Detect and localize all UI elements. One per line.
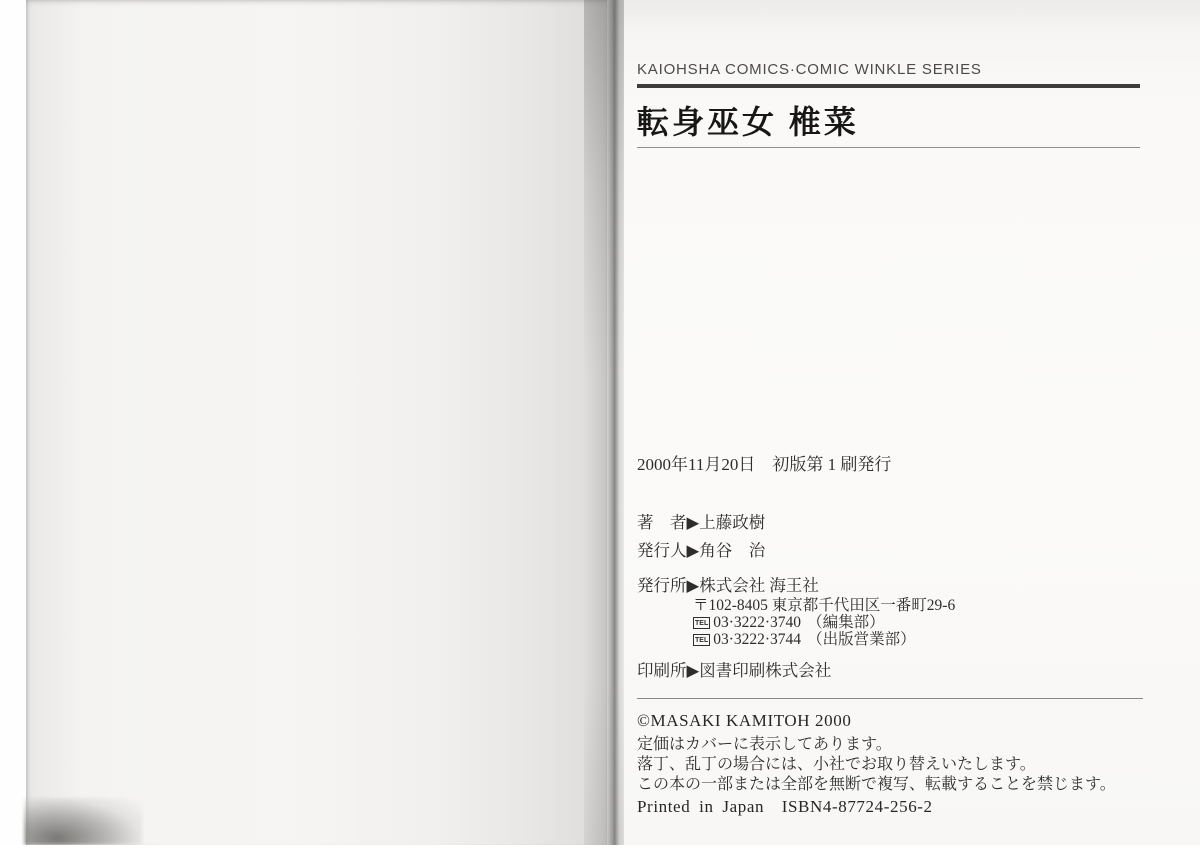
scan-left-margin (0, 0, 26, 852)
colophon-page: KAIOHSHA COMICS·COMIC WINKLE SERIES 転身巫女… (624, 0, 1200, 846)
copyright-line: ©MASAKI KAMITOH 2000 (637, 711, 851, 731)
printer-line: 印刷所▶図書印刷株式会社 (637, 657, 831, 681)
phone-dept-sales: （出版営業部） (807, 631, 916, 648)
blank-left-page (26, 0, 607, 846)
phone-number-sales: 03·3222·3744 (713, 631, 801, 648)
series-name: KAIOHSHA COMICS·COMIC WINKLE SERIES (637, 61, 982, 78)
copy-prohibition-notice: この本の一部または全部を無断で複写、転載することを禁じます。 (637, 771, 1116, 794)
edition-date-line: 2000年11月20日 初版第 1 刷発行 (637, 450, 891, 475)
book-title: 転身巫女 椎菜 (637, 97, 859, 143)
scan-bottom-margin (0, 845, 1200, 852)
publisher-person-line: 発行人▶角谷 治 (637, 537, 765, 561)
footer-divider (637, 698, 1143, 699)
series-underline (637, 84, 1140, 88)
scanned-book-spread: KAIOHSHA COMICS·COMIC WINKLE SERIES 転身巫女… (0, 0, 1200, 852)
author-line: 著 者▶上藤政樹 (637, 509, 765, 533)
title-underline (637, 147, 1140, 148)
colophon-content: KAIOHSHA COMICS·COMIC WINKLE SERIES 転身巫女… (637, 0, 1177, 846)
scan-corner-shadow (24, 798, 142, 845)
printed-in-japan-isbn-line: Printed in Japan ISBN4-87724-256-2 (637, 792, 933, 817)
phone-sales-line: TEL03·3222·3744（出版営業部） (693, 627, 916, 649)
tel-icon: TEL (693, 634, 710, 646)
